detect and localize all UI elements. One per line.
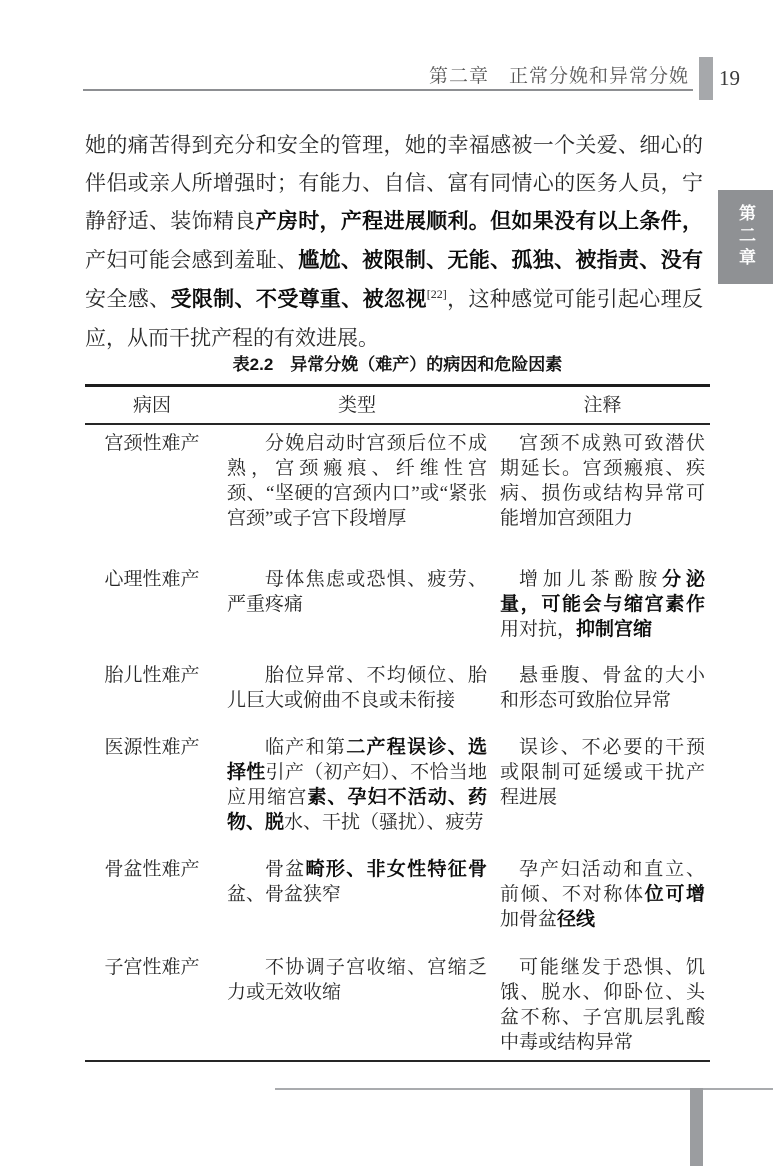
chapter-edge-tab: 第二章	[718, 190, 773, 284]
cell-type: 临产和第二产程误诊、选择性引产（初产妇）、不恰当地应用缩宫素、孕妇不活动、药物、…	[219, 735, 495, 835]
text-segment: 胎位异常、不均倾位、胎儿巨大或俯曲不良或未衔接	[227, 665, 487, 711]
body-paragraph: 她的痛苦得到充分和安全的管理，她的幸福感被一个关爱、细心的伴侣或亲人所增强时；有…	[85, 126, 703, 357]
cell-cause: 骨盆性难产	[85, 857, 219, 882]
table-header-row: 病因 类型 注释	[85, 387, 710, 425]
footer-edge-bar	[690, 1088, 703, 1166]
text-segment: 分娩启动时宫颈后位不成熟，宫颈瘢痕、纤维性宫颈、“坚硬的宫颈内口”或“紧张宫颈”…	[227, 433, 487, 529]
cell-type: 骨盆畸形、非女性特征骨盆、骨盆狭窄	[219, 857, 495, 907]
table-row: 心理性难产母体焦虑或恐惧、疲劳、严重疼痛增加儿茶酚胺分泌量，可能会与缩宫素作用对…	[85, 567, 710, 642]
text-segment: 可能继发于恐惧、饥饿、脱水、仰卧位、头盆不称、子宫肌层乳酸中毒或结构异常	[500, 957, 705, 1053]
cell-type: 分娩启动时宫颈后位不成熟，宫颈瘢痕、纤维性宫颈、“坚硬的宫颈内口”或“紧张宫颈”…	[219, 431, 495, 531]
citation-ref: [22]	[427, 287, 447, 301]
text-segment: 骨盆	[265, 859, 306, 880]
bold-text-segment: 畸形、非女性特征骨	[306, 859, 487, 880]
page-number: 19	[719, 66, 740, 91]
cell-note: 孕产妇活动和直立、前倾、不对称体位可增加骨盆径线	[495, 857, 710, 932]
text-segment: 临产和第	[265, 737, 346, 758]
page-header-title: 第二章 正常分娩和异常分娩	[429, 61, 689, 88]
text-segment: 产妇可能会感到羞耻、	[85, 248, 298, 272]
cell-type: 胎位异常、不均倾位、胎儿巨大或俯曲不良或未衔接	[219, 663, 495, 713]
column-header-cause: 病因	[85, 393, 219, 418]
bold-text-segment: 产房时，产程进展顺利。但如果没有以上条件，	[256, 210, 703, 233]
text-segment: 加骨盆	[500, 909, 557, 930]
bold-text-segment: 位可增	[645, 884, 705, 905]
bold-text-segment: 尴尬、被限制、无能、孤独、被指责、没有	[298, 249, 703, 272]
cell-cause: 宫颈性难产	[85, 431, 219, 456]
cell-type: 母体焦虑或恐惧、疲劳、严重疼痛	[219, 567, 495, 617]
cell-note: 增加儿茶酚胺分泌量，可能会与缩宫素作用对抗，抑制宫缩	[495, 567, 710, 642]
bold-text-segment: 径线	[557, 909, 595, 930]
cell-cause: 心理性难产	[85, 567, 219, 592]
cell-cause: 子宫性难产	[85, 955, 219, 980]
cell-type: 不协调子宫收缩、宫缩乏力或无效收缩	[219, 955, 495, 1005]
table-row: 胎儿性难产胎位异常、不均倾位、胎儿巨大或俯曲不良或未衔接悬垂腹、骨盆的大小和形态…	[85, 663, 710, 713]
column-header-type: 类型	[219, 393, 495, 418]
text-segment: 宫颈不成熟可致潜伏期延长。宫颈瘢痕、疾病、损伤或结构异常可能增加宫颈阻力	[500, 433, 705, 529]
text-segment: 误诊、不必要的干预或限制可延缓或干扰产程进展	[500, 737, 705, 808]
cell-cause: 医源性难产	[85, 735, 219, 760]
cell-cause: 胎儿性难产	[85, 663, 219, 688]
text-segment: 增加儿茶酚胺	[519, 569, 662, 590]
column-header-note: 注释	[495, 393, 710, 418]
table-row: 骨盆性难产骨盆畸形、非女性特征骨盆、骨盆狭窄孕产妇活动和直立、前倾、不对称体位可…	[85, 857, 710, 932]
table-body: 宫颈性难产分娩启动时宫颈后位不成熟，宫颈瘢痕、纤维性宫颈、“坚硬的宫颈内口”或“…	[85, 431, 710, 1060]
text-segment: 用对抗，	[500, 619, 576, 640]
cell-note: 误诊、不必要的干预或限制可延缓或干扰产程进展	[495, 735, 710, 810]
text-segment: 水、干扰（骚扰）、疲劳	[284, 812, 484, 833]
text-segment: 不协调子宫收缩、宫缩乏力或无效收缩	[227, 957, 487, 1003]
header-accent-square	[699, 57, 713, 100]
cell-note: 悬垂腹、骨盆的大小和形态可致胎位异常	[495, 663, 710, 713]
table-row: 医源性难产临产和第二产程误诊、选择性引产（初产妇）、不恰当地应用缩宫素、孕妇不活…	[85, 735, 710, 835]
dystocia-table: 病因 类型 注释 宫颈性难产分娩启动时宫颈后位不成熟，宫颈瘢痕、纤维性宫颈、“坚…	[85, 384, 710, 1062]
table-title: 表2.2 异常分娩（难产）的病因和危险因素	[85, 350, 710, 375]
cell-note: 宫颈不成熟可致潜伏期延长。宫颈瘢痕、疾病、损伤或结构异常可能增加宫颈阻力	[495, 431, 710, 531]
cell-note: 可能继发于恐惧、饥饿、脱水、仰卧位、头盆不称、子宫肌层乳酸中毒或结构异常	[495, 955, 710, 1055]
text-segment: 母体焦虑或恐惧、疲劳、严重疼痛	[227, 569, 487, 615]
bold-text-segment: 受限制、不受尊重、被忽视	[170, 288, 426, 311]
header-rule	[83, 89, 693, 91]
bold-text-segment: 抑制宫缩	[576, 619, 652, 640]
table-row: 子宫性难产不协调子宫收缩、宫缩乏力或无效收缩可能继发于恐惧、饥饿、脱水、仰卧位、…	[85, 955, 710, 1055]
text-segment: 悬垂腹、骨盆的大小和形态可致胎位异常	[500, 665, 705, 711]
table-row: 宫颈性难产分娩启动时宫颈后位不成熟，宫颈瘢痕、纤维性宫颈、“坚硬的宫颈内口”或“…	[85, 431, 710, 531]
text-segment: 安全感、	[85, 287, 170, 311]
text-segment: 盆、骨盆狭窄	[227, 884, 341, 905]
